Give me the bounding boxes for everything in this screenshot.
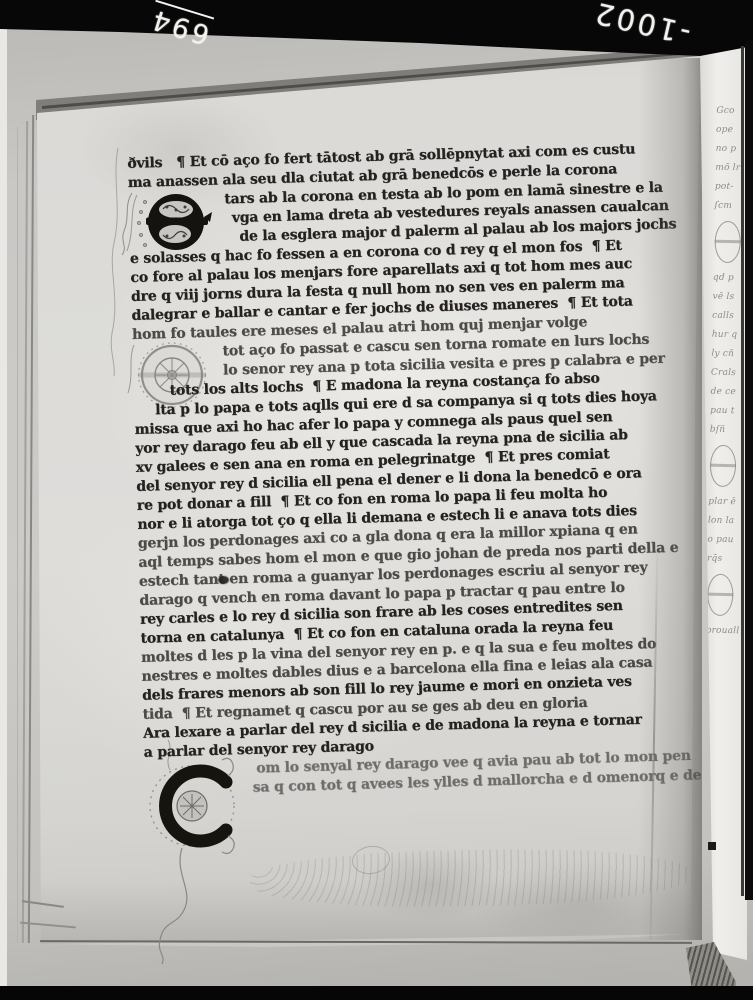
film-edge	[0, 18, 7, 990]
margin-flourish	[108, 148, 126, 378]
manuscript-photograph: ðvils ¶ Et cō aço fo fert tātost ab grā …	[0, 0, 753, 1000]
gloss-roundel	[710, 445, 737, 488]
film-frame-right	[745, 40, 753, 900]
gloss-roundel	[707, 574, 734, 617]
film-frame-bottom	[0, 986, 753, 1000]
gloss-fragment: pau t	[710, 402, 744, 422]
gloss-fragment: rq̃s	[707, 550, 741, 570]
text-block: ðvils ¶ Et cō aço fo fert tātost ab grā …	[127, 140, 697, 801]
binding-mark	[708, 842, 716, 850]
gloss-fragment: plar ē	[708, 493, 742, 513]
gloss-fragment: bſñ	[710, 421, 744, 441]
cover-edge-line	[741, 46, 744, 896]
gloss-fragment: de ce	[710, 383, 744, 403]
leaf-edge-line	[17, 127, 18, 943]
gloss-roundel	[714, 221, 741, 264]
gloss-fragment: lon la	[708, 512, 742, 532]
gloss-fragment: prouall	[705, 622, 739, 642]
gloss-fragment: Crals	[711, 364, 745, 384]
gloss-fragment: o pau	[707, 531, 741, 551]
